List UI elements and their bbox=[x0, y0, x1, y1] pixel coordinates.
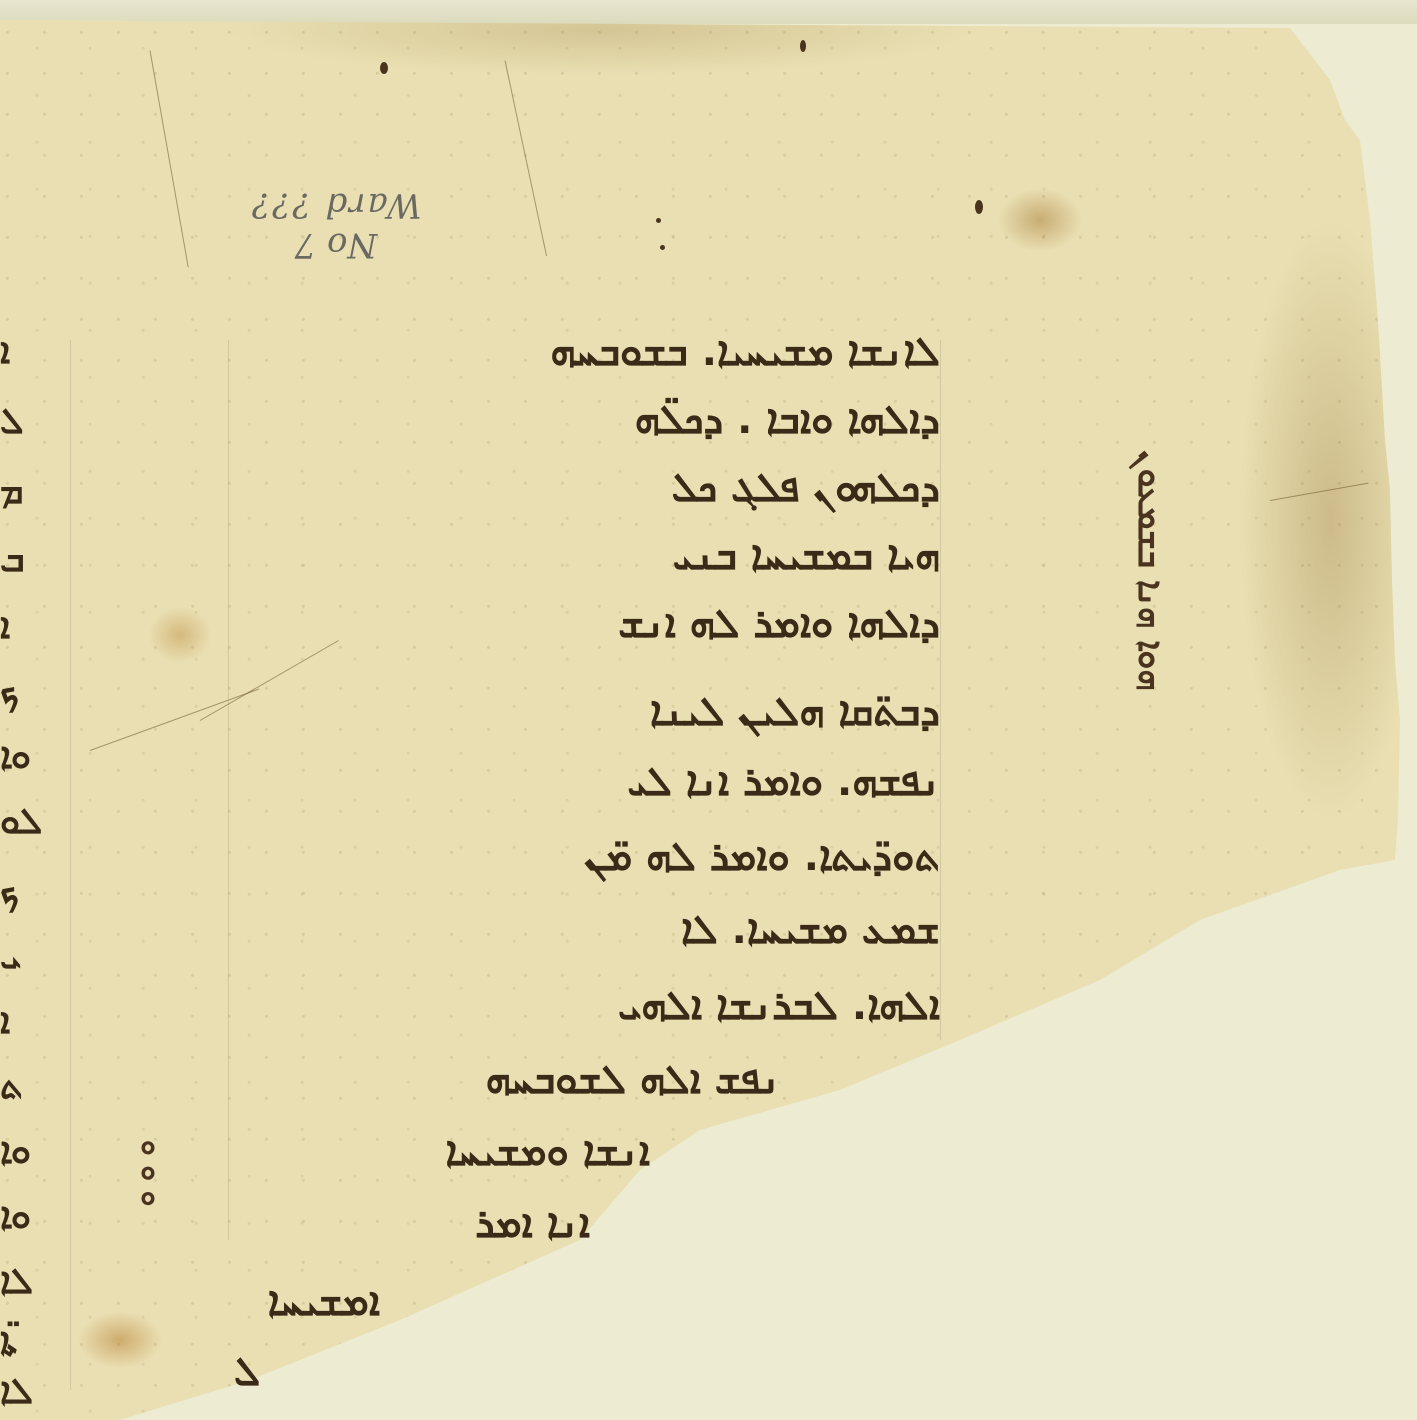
text-line: ܬ bbox=[0, 1065, 23, 1109]
ruling-line bbox=[940, 340, 941, 1040]
pencil-shelfmark: No 7 Ward ??? bbox=[250, 185, 422, 265]
text-line: ܟ bbox=[0, 670, 19, 714]
text-line: ܐ bbox=[0, 605, 10, 649]
right-margin-note: ܗܘܐ ܗܢܐ ܒܫܡܥܘܢ bbox=[1130, 450, 1180, 950]
text-line: ܠܐ bbox=[0, 1260, 33, 1304]
crack-line bbox=[200, 640, 339, 721]
margin-note-text: ܘ ܘ ܘ bbox=[135, 1140, 168, 1206]
text-line: ܬ̈ܐ bbox=[0, 1320, 17, 1364]
mount-top-edge bbox=[0, 0, 1417, 25]
text-line: ܫܡܥ ܡܫܝܚܐ. ܠܐ bbox=[681, 900, 940, 960]
text-line: ܠܐ bbox=[0, 1370, 33, 1414]
shelfmark-name: Ward ??? bbox=[250, 185, 422, 225]
text-line: ܐ bbox=[0, 330, 10, 374]
text-line: ܕܐܠܗܐ ܘܐܡܪ ܠܗ ܐܢܫ bbox=[618, 594, 940, 654]
text-line: ܝ bbox=[0, 935, 21, 979]
text-line: ܠ bbox=[0, 400, 23, 444]
ink-speck bbox=[975, 200, 983, 214]
text-line: ܘܐ bbox=[0, 735, 31, 779]
text-line: ܟ bbox=[0, 870, 19, 914]
text-line: ܠܘ bbox=[0, 800, 42, 844]
text-line: ܢܦܫܗ. ܘܐܡܪ ܐܢܐ ܠܝ bbox=[627, 752, 940, 812]
crack-line bbox=[505, 60, 548, 256]
ink-speck bbox=[800, 40, 806, 52]
text-line: ܕܐܠܗܐ ܘܐܒܐ . ܕܟܠ̈ܗ bbox=[635, 390, 940, 450]
shelfmark-number: No 7 bbox=[250, 225, 422, 265]
ink-speck bbox=[656, 218, 661, 223]
crack-line bbox=[1270, 483, 1369, 501]
crack-line bbox=[150, 50, 189, 267]
text-line: ܐܢܐ ܐܡܪ bbox=[475, 1194, 590, 1254]
ink-speck bbox=[660, 245, 665, 250]
text-line: ܗܝܐ ܒܡܫܝܚܐ ܒܢܝ bbox=[673, 526, 940, 586]
text-line: ܐܠܗܐ. ܠܒܪܢܫܐ ܐܠܗܝ bbox=[618, 976, 940, 1036]
text-line: ܢܦܫ ܐܠܗ ܠܫܘܒܚܗ bbox=[486, 1050, 780, 1110]
text-line: ܐܢܫܐ ܘܡܫܝܚܐ bbox=[445, 1122, 650, 1182]
text-line: ܠ bbox=[234, 1342, 260, 1402]
text-line: ܬܘܕ̈ܝܬܐ. ܘܐܡܪ ܠܗ ܡ̈ܢ bbox=[584, 827, 940, 887]
text-line: ܐ bbox=[0, 1000, 10, 1044]
text-line: ܕܒܬ̈ܩܐ ܗܠܝܢ ܠܝܢܐ bbox=[650, 682, 940, 742]
text-line: ܕܟܠܗܘܢ ܦܠܓ ܟܠ bbox=[672, 458, 940, 518]
crack-line bbox=[90, 688, 259, 751]
text-line: ܠܐܢܫܐ ܡܫܝܚܝܐ. ܒܫܘܒܚܗ bbox=[550, 322, 940, 382]
ink-speck bbox=[380, 62, 388, 74]
text-line: ܘܐ bbox=[0, 1195, 31, 1239]
margin-note-text: ܗܘܐ ܗܢܐ ܒܫܡܥܘܢ bbox=[1130, 450, 1170, 691]
ruling-line bbox=[70, 340, 71, 1390]
text-line: ܒ bbox=[0, 538, 25, 582]
left-margin-note: ܘ ܘ ܘ bbox=[135, 1140, 175, 1206]
text-line: ܡ bbox=[0, 470, 23, 514]
text-line: ܐܡܫܝܚܐ bbox=[268, 1272, 380, 1332]
ruling-line bbox=[228, 340, 229, 1240]
text-line: ܘܐ bbox=[0, 1130, 31, 1174]
